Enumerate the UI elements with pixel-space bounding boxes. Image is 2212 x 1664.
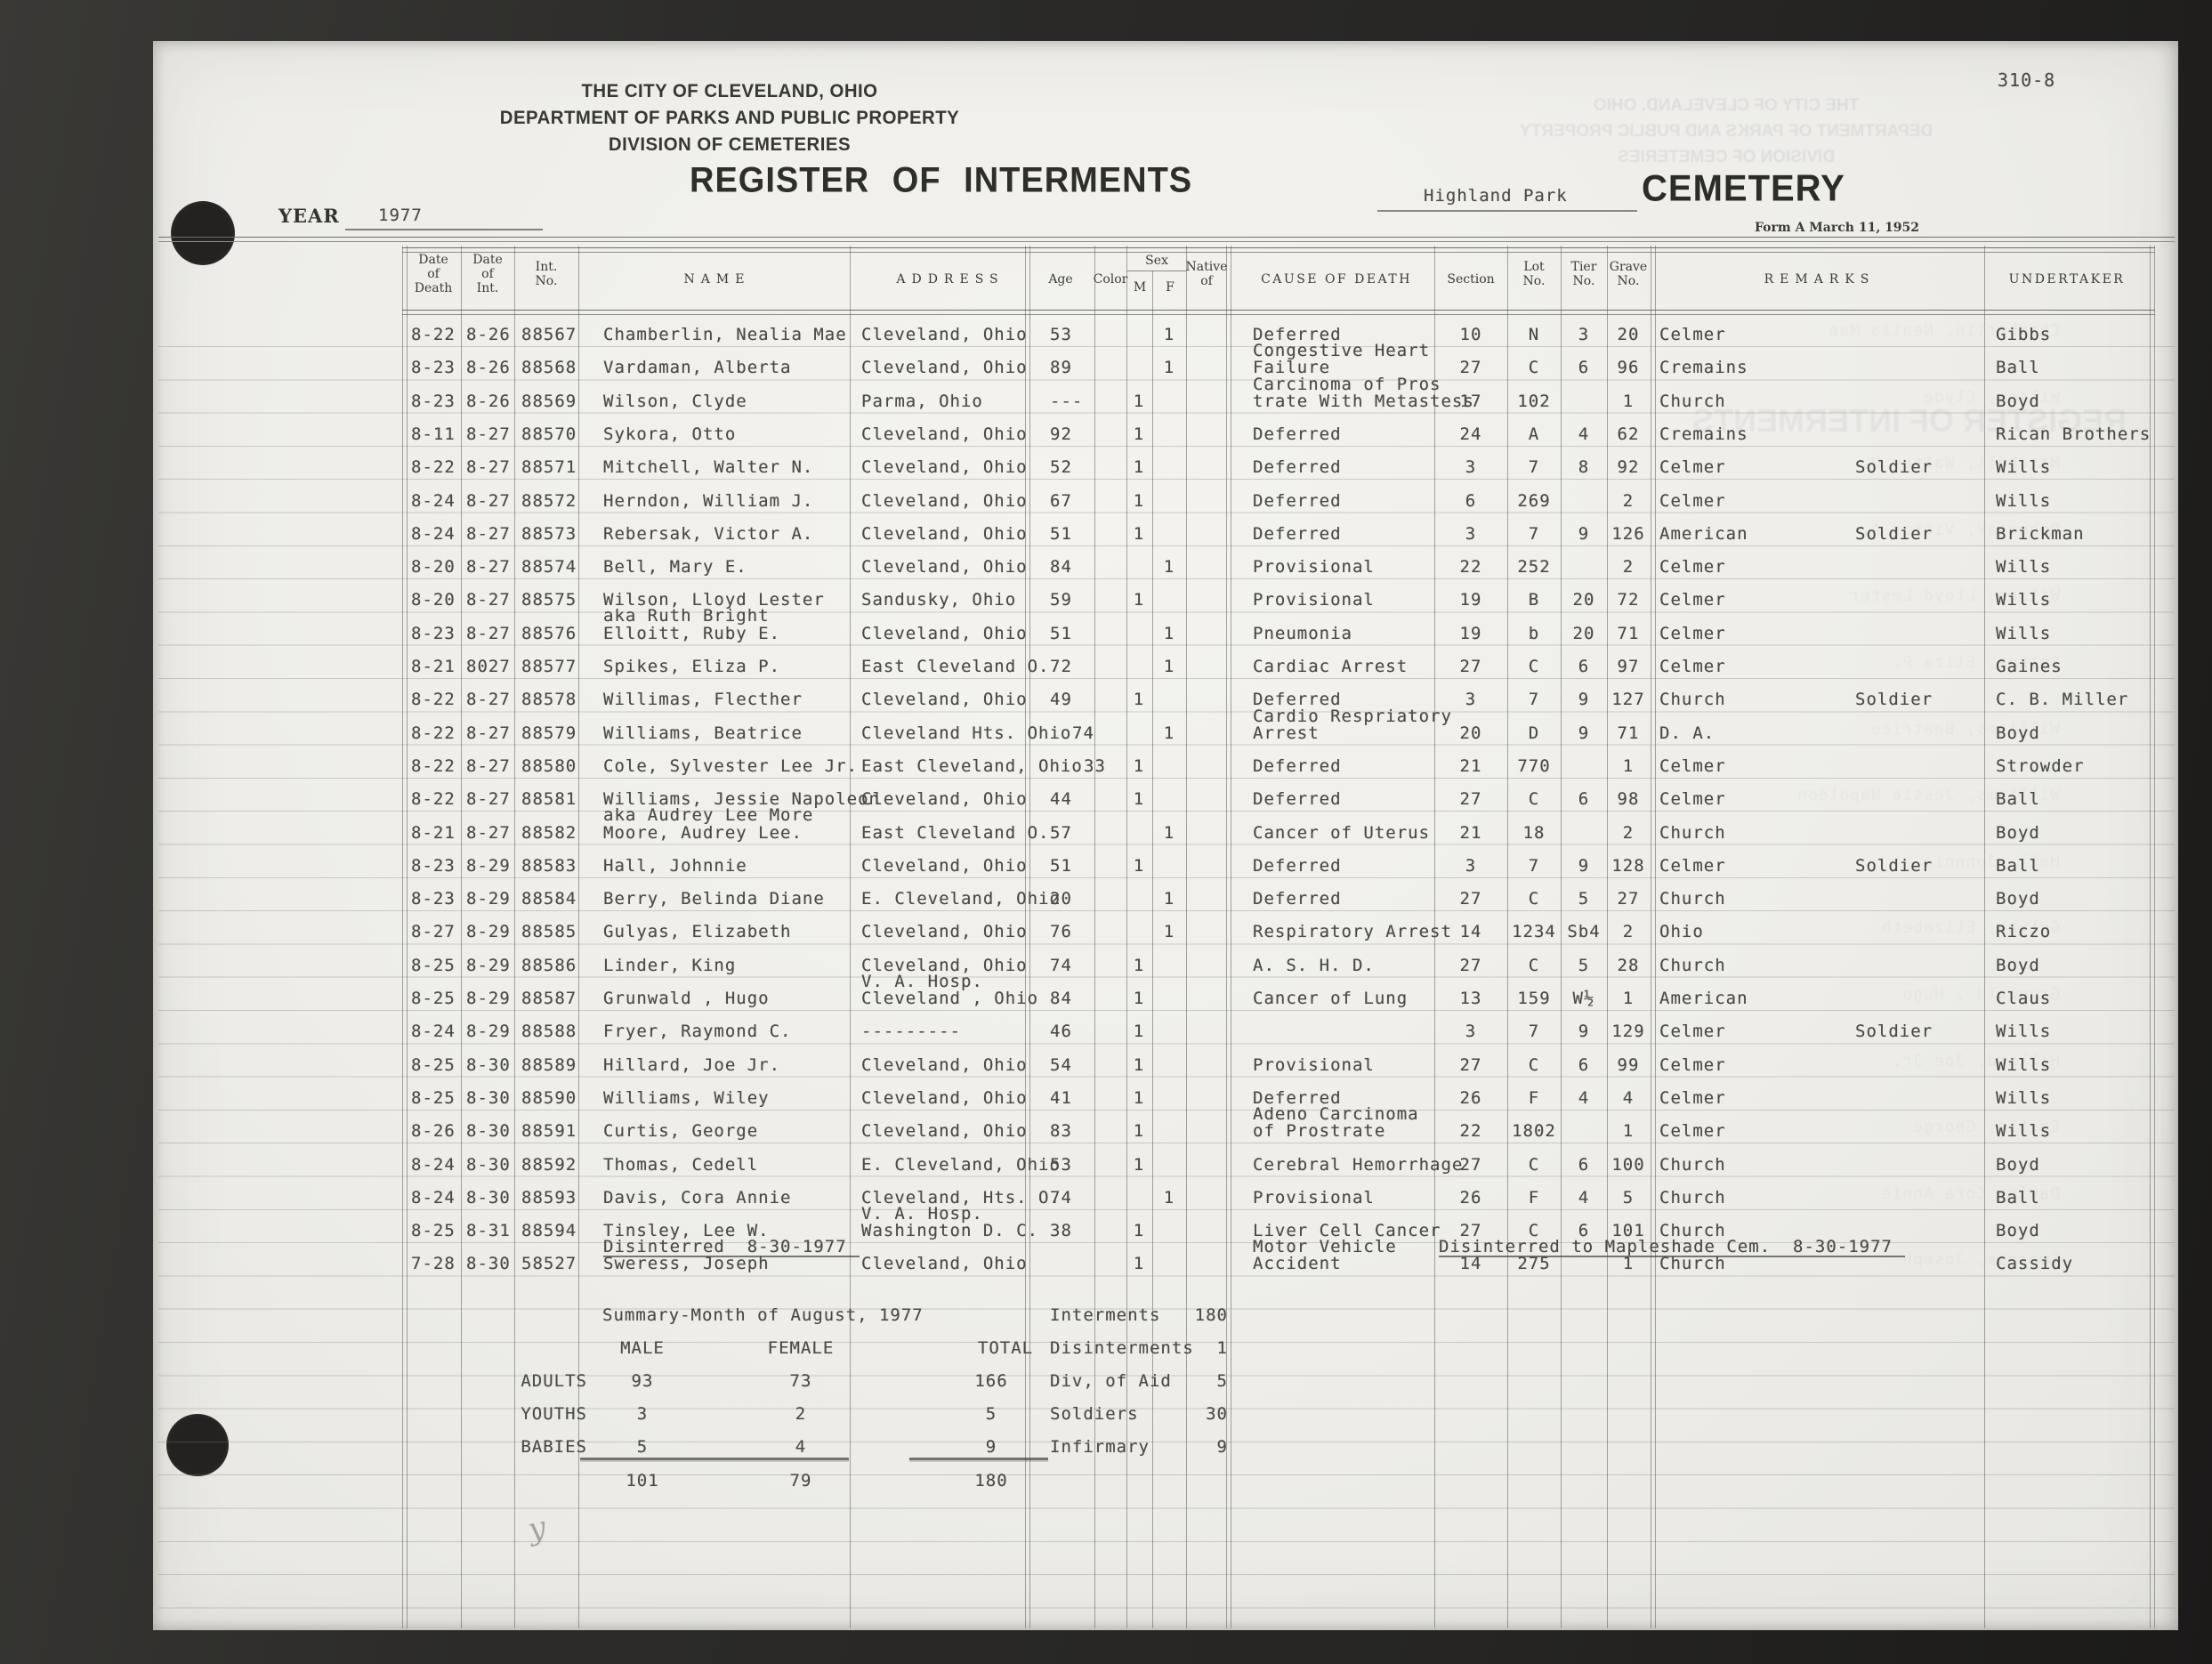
cell-lot: N: [1529, 327, 1539, 343]
col-header-sex-f: F: [1166, 280, 1175, 295]
col-header-address: ADDRESS: [896, 272, 1004, 287]
cell-cause: Respiratory Arrest: [1253, 924, 1452, 941]
cell-grave: 71: [1618, 725, 1640, 742]
cell-remark: D. A.: [1659, 725, 1715, 742]
cell-f: 1: [1164, 658, 1175, 675]
cell-name: Willimas, Flecther: [603, 691, 803, 708]
cell-addr: V. A. Hosp. Washington D. C.: [861, 1206, 1038, 1240]
org-line-1: THE CITY OF CLEVELAND, OHIO: [436, 78, 1023, 105]
cell-m: 1: [1134, 691, 1144, 708]
cell-sec: 14: [1460, 924, 1482, 941]
cell-age: 74: [1050, 1190, 1072, 1207]
cell-dod: 8-23: [411, 858, 456, 875]
cell-sec: 27: [1460, 891, 1482, 908]
cell-addr: Cleveland, Ohio: [861, 459, 1028, 476]
cell-age: 67: [1050, 493, 1072, 510]
cell-sec: 3: [1465, 691, 1476, 708]
cell-age: 74: [1072, 725, 1094, 742]
table-row: 8-248-2988588Fryer, Raymond C.---------4…: [0, 1010, 2212, 1044]
cell-grave: 1: [1623, 393, 1634, 410]
rule: [158, 237, 2175, 238]
cell-und: Wills: [1996, 1123, 2051, 1140]
stat-value-div-of-aid: 5: [1148, 1371, 1228, 1391]
cell-addr: Cleveland, Ohio: [861, 924, 1028, 941]
cell-age: 20: [1050, 891, 1072, 908]
cell-cause: Cancer of Lung: [1253, 990, 1408, 1007]
cell-no: 88575: [521, 592, 577, 609]
youths-male: 3: [637, 1404, 648, 1424]
table-row: 8-238-2988583Hall, JohnnieCleveland, Ohi…: [0, 844, 2212, 878]
cell-sec: 3: [1465, 1023, 1476, 1040]
cell-f: 1: [1164, 559, 1175, 576]
cell-soldier: Soldier: [1855, 858, 1933, 875]
cell-dod: 8-23: [411, 891, 456, 908]
cell-age: ---: [1050, 393, 1083, 410]
cell-sec: 6: [1465, 493, 1476, 510]
cell-dod: 8-23: [411, 393, 456, 410]
cell-f: 1: [1164, 725, 1175, 742]
cell-m: 1: [1134, 990, 1144, 1007]
cell-addr: Sandusky, Ohio: [861, 592, 1016, 609]
cell-doi: 8-26: [466, 327, 511, 343]
cell-addr: Cleveland Hts. Ohio: [861, 725, 1071, 742]
cell-grave: 28: [1618, 957, 1640, 974]
cell-lot: A: [1529, 426, 1539, 443]
adults-total: 166: [974, 1371, 1007, 1391]
cell-dod: 8-22: [411, 691, 456, 708]
cell-tier: 9: [1578, 858, 1589, 875]
cell-age: 49: [1050, 691, 1072, 708]
cell-und: Wills: [1996, 1023, 2051, 1040]
cell-doi: 8-29: [466, 858, 511, 875]
cell-age: 51: [1050, 858, 1072, 875]
cell-remark: Church: [1659, 393, 1726, 410]
cell-no: 88571: [521, 459, 577, 476]
cell-no: 88594: [521, 1223, 577, 1240]
cell-no: 88592: [521, 1157, 577, 1174]
cell-lot: C: [1529, 791, 1539, 808]
cell-dod: 7-28: [411, 1256, 456, 1272]
grand-male: 101: [626, 1471, 658, 1490]
cell-dod: 8-20: [411, 559, 456, 576]
summary-header-row: MALE FEMALE TOTAL Disinterments 1: [0, 1329, 2212, 1361]
cell-lot: 7: [1529, 526, 1539, 543]
cell-grave: 128: [1611, 858, 1644, 875]
cell-sec: 14: [1460, 1256, 1482, 1272]
cell-remark: Celmer: [1659, 858, 1726, 875]
cell-name: Williams, Wiley: [603, 1090, 770, 1107]
cell-lot: b: [1529, 626, 1539, 642]
cell-no: 88581: [521, 791, 577, 808]
cell-doi: 8-29: [466, 990, 511, 1007]
cell-cause: Provisional: [1253, 592, 1375, 609]
cell-doi: 8-27: [466, 493, 511, 510]
cell-age: 76: [1050, 924, 1072, 941]
cell-grave: 100: [1611, 1157, 1644, 1174]
cell-remark: Church: [1659, 691, 1726, 708]
cell-m: 1: [1134, 393, 1144, 410]
cell-grave: 62: [1618, 426, 1640, 443]
page-number: 310-8: [1998, 69, 2055, 91]
cell-dod: 8-26: [411, 1123, 456, 1140]
page-title: REGISTER OF INTERMENTS: [690, 161, 1192, 202]
cell-und: Wills: [1996, 626, 2051, 642]
cemetery-name: Highland Park: [1424, 186, 1568, 206]
cell-m: 1: [1134, 459, 1144, 476]
cell-lot: 7: [1529, 459, 1539, 476]
cell-addr: Cleveland, Ohio: [861, 426, 1028, 443]
cell-lot: 275: [1517, 1256, 1550, 1272]
cell-doi: 8-29: [466, 957, 511, 974]
cell-name: Curtis, George: [603, 1123, 758, 1140]
cell-cause: Deferred: [1253, 791, 1342, 808]
cell-dod: 8-22: [411, 725, 456, 742]
cell-und: Wills: [1996, 592, 2051, 609]
cell-grave: 96: [1618, 359, 1640, 376]
cemetery-label: CEMETERY: [1642, 168, 1845, 210]
col-header-cause-of-death: CAUSE OF DEATH: [1261, 272, 1412, 287]
cell-und: Brickman: [1996, 526, 2085, 543]
cell-m: 1: [1134, 1223, 1144, 1240]
col-header-int-no: Int. No.: [536, 260, 558, 288]
cell-m: 1: [1134, 1090, 1144, 1107]
cell-dod: 8-24: [411, 526, 456, 543]
cell-no: 88570: [521, 426, 577, 443]
cell-lot: 269: [1517, 493, 1550, 510]
cell-doi: 8-29: [466, 891, 511, 908]
cell-dod: 8-25: [411, 990, 456, 1007]
cell-m: 1: [1134, 1256, 1144, 1272]
cell-name: Fryer, Raymond C.: [603, 1023, 791, 1040]
cell-und: Claus: [1996, 990, 2051, 1007]
col-header-age: Age: [1048, 272, 1072, 287]
cell-remark: Celmer: [1659, 1090, 1726, 1107]
summary-total-header: TOTAL: [978, 1338, 1033, 1358]
cell-tier: 5: [1578, 957, 1589, 974]
cell-no: 88591: [521, 1123, 577, 1140]
cell-sec: 10: [1460, 327, 1482, 343]
summary-underline-right: [909, 1458, 1048, 1460]
cell-dod: 8-23: [411, 626, 456, 642]
table-row: 8-208-2788574Bell, Mary E.Cleveland, Ohi…: [0, 545, 2212, 579]
col-header-name: NAME: [684, 272, 751, 287]
sex-header-divider: [1126, 271, 1186, 271]
cell-und: Boyd: [1996, 1223, 2040, 1240]
cell-age: 53: [1050, 327, 1072, 343]
cell-sec: 27: [1460, 791, 1482, 808]
table-row: 8-248-2788573Rebersak, Victor A.Clevelan…: [0, 513, 2212, 546]
cell-sec: 27: [1460, 658, 1482, 675]
stat-label-infirmary: Infirmary: [1050, 1437, 1150, 1457]
cell-dod: 8-24: [411, 493, 456, 510]
col-header-lot-no: Lot No.: [1523, 260, 1546, 288]
summary-underline-left: [580, 1458, 849, 1460]
cell-name: Thomas, Cedell: [603, 1157, 758, 1174]
stat-label-interments: Interments: [1050, 1305, 1160, 1325]
cell-doi: 8-26: [466, 359, 511, 376]
cell-m: 1: [1134, 592, 1144, 609]
cell-age: 59: [1050, 592, 1072, 609]
cell-sec: 26: [1460, 1090, 1482, 1107]
cell-grave: 92: [1618, 459, 1640, 476]
cell-sec: 17: [1460, 393, 1482, 410]
table-row: 7-288-3058527Sweress, JosephCleveland, O…: [0, 1242, 2212, 1276]
cell-lot: 7: [1529, 1023, 1539, 1040]
cell-und: Wills: [1996, 493, 2051, 510]
cell-name: Spikes, Eliza P.: [603, 658, 780, 675]
cell-no: 88583: [521, 858, 577, 875]
cell-age: 83: [1050, 1123, 1072, 1140]
cell-name: Gulyas, Elizabeth: [603, 924, 791, 941]
cell-cause: Cerebral Hemorrhage: [1253, 1157, 1463, 1174]
cell-age: 74: [1050, 957, 1072, 974]
cell-grave: 1: [1623, 1256, 1634, 1272]
cell-age: 89: [1050, 359, 1072, 376]
cell-und: Ball: [1996, 1190, 2040, 1207]
cell-grave: 4: [1623, 1090, 1634, 1107]
cell-remark: Celmer: [1659, 1123, 1726, 1140]
cell-cause: Deferred: [1253, 493, 1342, 510]
table-row: 8-238-2988584Berry, Belinda DianeE. Clev…: [0, 877, 2212, 911]
babies-female: 4: [795, 1437, 806, 1457]
cell-doi: 8-30: [466, 1057, 511, 1074]
cell-remark: Ohio: [1659, 924, 1704, 941]
cell-sec: 19: [1460, 592, 1482, 609]
table-row: 8-21802788577Spikes, Eliza P.East Clevel…: [0, 645, 2212, 679]
cell-dod: 8-25: [411, 1223, 456, 1240]
cell-und: Ball: [1996, 359, 2040, 376]
cell-doi: 8-27: [466, 592, 511, 609]
summary-title: Summary-Month of August, 1977: [602, 1305, 924, 1325]
cell-remark: Church: [1659, 1190, 1726, 1207]
table-row: 8-248-3088592Thomas, CedellE. Cleveland,…: [0, 1143, 2212, 1177]
cell-lot: B: [1529, 592, 1539, 609]
cell-lot: 159: [1517, 990, 1550, 1007]
rule: [158, 241, 2175, 242]
cell-no: 88577: [521, 658, 577, 675]
cell-cause: Deferred: [1253, 459, 1342, 476]
cell-sec: 21: [1460, 758, 1482, 775]
cell-remark: Celmer: [1659, 791, 1726, 808]
cell-name: Rebersak, Victor A.: [603, 526, 813, 543]
cell-addr: Parma, Ohio: [861, 393, 983, 410]
cell-doi: 8-30: [466, 1256, 511, 1272]
cell-addr: Cleveland, Ohio: [861, 791, 1028, 808]
cell-tier: 9: [1578, 725, 1589, 742]
cell-tier: Sb4: [1567, 924, 1600, 941]
cell-remark: Cremains: [1659, 426, 1748, 443]
cell-doi: 8-26: [466, 393, 511, 410]
cell-doi: 8-30: [466, 1123, 511, 1140]
cell-name: Cole, Sylvester Lee Jr.: [603, 758, 858, 775]
cell-remark: American: [1659, 990, 1748, 1007]
cell-grave: 1: [1623, 758, 1634, 775]
cell-m: 1: [1134, 1157, 1144, 1174]
cell-grave: 1: [1623, 1123, 1634, 1140]
cell-name: Grunwald , Hugo: [603, 990, 770, 1007]
cell-remark: Church: [1659, 1157, 1726, 1174]
cell-doi: 8-27: [466, 459, 511, 476]
cell-m: 1: [1134, 858, 1144, 875]
cell-dod: 8-24: [411, 1157, 456, 1174]
cell-dod: 8-22: [411, 327, 456, 343]
cell-grave: 99: [1618, 1057, 1640, 1074]
cell-doi: 8-30: [466, 1157, 511, 1174]
cell-sec: 22: [1460, 1123, 1482, 1140]
cell-doi: 8-30: [466, 1090, 511, 1107]
cell-remark: Church: [1659, 825, 1726, 842]
cell-name: Davis, Cora Annie: [603, 1190, 791, 1207]
cell-tier: 6: [1578, 658, 1589, 675]
cell-m: 1: [1134, 493, 1144, 510]
cell-name: Bell, Mary E.: [603, 559, 747, 576]
cell-sec: 27: [1460, 1057, 1482, 1074]
babies-male: 5: [637, 1437, 648, 1457]
cell-remark: Church: [1659, 957, 1726, 974]
org-line-2: DEPARTMENT OF PARKS AND PUBLIC PROPERTY: [436, 105, 1023, 132]
cell-grave: 2: [1623, 559, 1634, 576]
cell-sec: 3: [1465, 459, 1476, 476]
cell-addr: Cleveland, Ohio: [861, 1090, 1028, 1107]
stat-value-soldiers: 30: [1148, 1404, 1228, 1424]
cell-f: 1: [1164, 1190, 1175, 1207]
cell-no: 88580: [521, 758, 577, 775]
table-row: 8-228-2688567Chamberlin, Nealia MaeCleve…: [0, 313, 2212, 347]
cell-age: 84: [1050, 990, 1072, 1007]
cell-tier: 9: [1578, 526, 1589, 543]
cell-tier: W½: [1573, 990, 1595, 1007]
table-row: 8-248-3088593Davis, Cora AnnieCleveland,…: [0, 1176, 2212, 1210]
cell-dod: 8-24: [411, 1190, 456, 1207]
rule: [402, 252, 2155, 253]
cell-doi: 8-29: [466, 924, 511, 941]
table-row: 8-258-2988586Linder, KingCleveland, Ohio…: [0, 944, 2212, 978]
cell-m: 1: [1134, 791, 1144, 808]
cell-und: Riczo: [1996, 924, 2051, 941]
cell-tier: 4: [1578, 1190, 1589, 1207]
cell-f: 1: [1164, 359, 1175, 376]
cell-remark: Celmer: [1659, 459, 1726, 476]
cell-sec: 13: [1460, 990, 1482, 1007]
grand-female: 79: [790, 1471, 812, 1490]
cell-age: 53: [1050, 1157, 1072, 1174]
cell-dod: 8-22: [411, 791, 456, 808]
cell-lot: F: [1529, 1190, 1539, 1207]
cell-sec: 21: [1460, 825, 1482, 842]
cell-cause: Deferred: [1253, 758, 1342, 775]
cell-remark: Church: [1659, 891, 1726, 908]
youths-total: 5: [986, 1404, 997, 1424]
cell-tier: 4: [1578, 426, 1589, 443]
table-row: 8-238-2688569Wilson, ClydeParma, Ohio---…: [0, 380, 2212, 414]
rule: [402, 310, 2155, 311]
cell-soldier: Soldier: [1855, 691, 1933, 708]
cell-no: 88568: [521, 359, 577, 376]
cell-name: Sykora, Otto: [603, 426, 736, 443]
stat-label-soldiers: Soldiers: [1050, 1404, 1139, 1424]
org-header: THE CITY OF CLEVELAND, OHIO DEPARTMENT O…: [436, 78, 1023, 158]
cell-grave: 126: [1611, 526, 1644, 543]
summary-grand-total-row: 101 79 180: [0, 1461, 2212, 1494]
table-row: 8-258-3188594Tinsley, Lee W.V. A. Hosp. …: [0, 1209, 2212, 1243]
cell-cause: Cardio Respriatory Arrest: [1253, 708, 1452, 742]
punch-hole-top: [171, 201, 235, 265]
adults-male: 93: [632, 1371, 654, 1391]
cell-m: 1: [1134, 1123, 1144, 1140]
year-label: YEAR: [279, 205, 340, 227]
cell-addr: Cleveland, Ohio: [861, 1057, 1028, 1074]
col-header-sex: Sex: [1145, 254, 1168, 268]
cell-no: 88574: [521, 559, 577, 576]
cell-name: Sweress, Joseph: [603, 1256, 770, 1272]
cell-remark: Celmer: [1659, 758, 1726, 775]
cell-cause: Pneumonia: [1253, 626, 1352, 642]
cell-no: 88582: [521, 825, 577, 842]
cell-no: 88586: [521, 957, 577, 974]
cell-lot: C: [1529, 891, 1539, 908]
cell-dod: 8-20: [411, 592, 456, 609]
cell-soldier: Soldier: [1855, 1023, 1933, 1040]
cell-addr: Cleveland, Ohio: [861, 559, 1028, 576]
cell-und: Rican Brothers: [1996, 426, 2151, 443]
cell-soldier: Soldier: [1855, 526, 1933, 543]
col-header-grave-no: Grave No.: [1610, 260, 1647, 288]
cell-doi: 8-29: [466, 1023, 511, 1040]
cell-remark: Celmer: [1659, 658, 1726, 675]
cell-dod: 8-25: [411, 1090, 456, 1107]
cell-cause: Carcinoma of Pros trate With Metastess: [1253, 376, 1474, 410]
youths-female: 2: [795, 1404, 806, 1424]
cell-tier: 6: [1578, 1057, 1589, 1074]
table-row: 8-248-2788572Herndon, William J.Clevelan…: [0, 480, 2212, 513]
cell-tier: 6: [1578, 1157, 1589, 1174]
cell-remark: Celmer: [1659, 626, 1726, 642]
cell-addr: Cleveland, Ohio: [861, 327, 1028, 343]
table-row: 8-118-2788570Sykora, OttoCleveland, Ohio…: [0, 413, 2212, 447]
cell-remark: American: [1659, 526, 1748, 543]
cell-grave: 1: [1623, 990, 1634, 1007]
cell-dod: 8-22: [411, 758, 456, 775]
cell-f: 1: [1164, 825, 1175, 842]
cell-cause: Cancer of Uterus: [1253, 825, 1430, 842]
cell-lot: C: [1529, 1157, 1539, 1174]
cell-no: 88578: [521, 691, 577, 708]
summary-youths-label: YOUTHS: [494, 1404, 587, 1424]
cell-grave: 129: [1611, 1023, 1644, 1040]
summary-female-header: FEMALE: [768, 1338, 835, 1358]
cell-addr: Cleveland, Ohio: [861, 626, 1028, 642]
cell-no: 88579: [521, 725, 577, 742]
cell-cause: Congestive Heart Failure: [1253, 343, 1430, 376]
cell-addr: Cleveland, Ohio: [861, 526, 1028, 543]
cell-dod: 8-25: [411, 1057, 456, 1074]
table-row: 8-228-2788578Willimas, FlectherCleveland…: [0, 678, 2212, 712]
cell-name: Hillard, Joe Jr.: [603, 1057, 780, 1074]
cell-age: 57: [1050, 825, 1072, 842]
cell-tier: 4: [1578, 1090, 1589, 1107]
cell-doi: 8-27: [466, 725, 511, 742]
cell-und: Wills: [1996, 1090, 2051, 1107]
cell-sec: 27: [1460, 957, 1482, 974]
cell-tier: 6: [1578, 359, 1589, 376]
cell-addr: Cleveland, Ohio: [861, 691, 1028, 708]
cell-und: Ball: [1996, 858, 2040, 875]
cell-sec: 3: [1465, 858, 1476, 875]
table-row: 8-228-2788580Cole, Sylvester Lee Jr.East…: [0, 745, 2212, 779]
cell-addr: E. Cleveland, Ohio: [861, 891, 1061, 908]
cell-no: 58527: [521, 1256, 577, 1272]
cell-grave: 5: [1623, 1190, 1634, 1207]
